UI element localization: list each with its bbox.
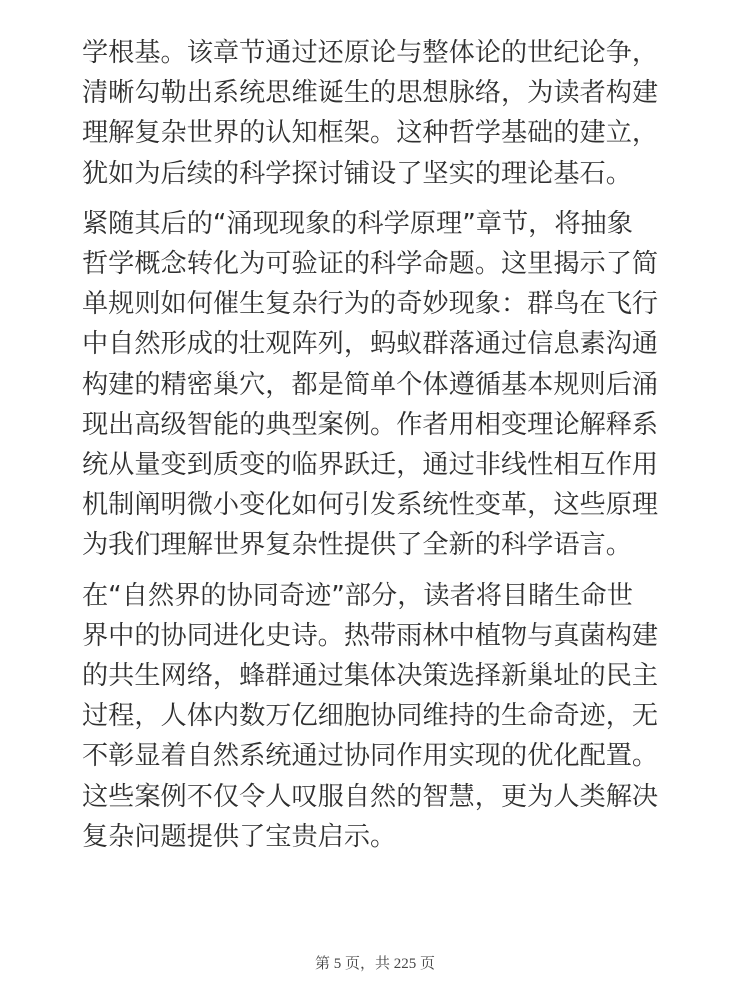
text-line: 学根基。该章节通过还原论与整体论的世纪论争， (82, 33, 672, 73)
text-line: 过程，人体内数万亿细胞协同维持的生命奇迹，无 (82, 696, 672, 736)
text-line: 在“自然界的协同奇迹”部分，读者将目睹生命世 (82, 576, 672, 616)
text-line: 界中的协同进化史诗。热带雨林中植物与真菌构建 (82, 616, 672, 656)
text-line: 单规则如何催生复杂行为的奇妙现象：群鸟在飞行 (82, 284, 672, 324)
text-line: 中自然形成的壮观阵列，蚂蚁群落通过信息素沟通 (82, 324, 672, 364)
text-line: 这些案例不仅令人叹服自然的智慧，更为人类解决 (82, 777, 672, 817)
text-line: 不彰显着自然系统通过协同作用实现的优化配置。 (82, 736, 672, 776)
text-line: 统从量变到质变的临界跃迁，通过非线性相互作用 (82, 445, 672, 485)
text-line: 犹如为后续的科学探讨铺设了坚实的理论基石。 (82, 154, 672, 194)
text-line: 的共生网络，蜂群通过集体决策选择新巢址的民主 (82, 656, 672, 696)
text-line: 现出高级智能的典型案例。作者用相变理论解释系 (82, 405, 672, 445)
text-line: 机制阐明微小变化如何引发系统性变革，这些原理 (82, 485, 672, 525)
text-line: 清晰勾勒出系统思维诞生的思想脉络，为读者构建 (82, 73, 672, 113)
paragraph: 在“自然界的协同奇迹”部分，读者将目睹生命世 界中的协同进化史诗。热带雨林中植物… (82, 576, 672, 857)
page-body: 学根基。该章节通过还原论与整体论的世纪论争， 清晰勾勒出系统思维诞生的思想脉络，… (82, 33, 672, 867)
text-line: 为我们理解世界复杂性提供了全新的科学语言。 (82, 525, 672, 565)
text-line: 哲学概念转化为可验证的科学命题。这里揭示了简 (82, 244, 672, 284)
text-line: 构建的精密巢穴，都是简单个体遵循基本规则后涌 (82, 365, 672, 405)
text-line: 复杂问题提供了宝贵启示。 (82, 817, 672, 857)
page-number-footer: 第 5 页，共 225 页 (0, 952, 750, 973)
paragraph: 紧随其后的“涌现现象的科学原理”章节，将抽象 哲学概念转化为可验证的科学命题。这… (82, 204, 672, 566)
text-line: 理解复杂世界的认知框架。这种哲学基础的建立， (82, 113, 672, 153)
text-line: 紧随其后的“涌现现象的科学原理”章节，将抽象 (82, 204, 672, 244)
paragraph: 学根基。该章节通过还原论与整体论的世纪论争， 清晰勾勒出系统思维诞生的思想脉络，… (82, 33, 672, 194)
